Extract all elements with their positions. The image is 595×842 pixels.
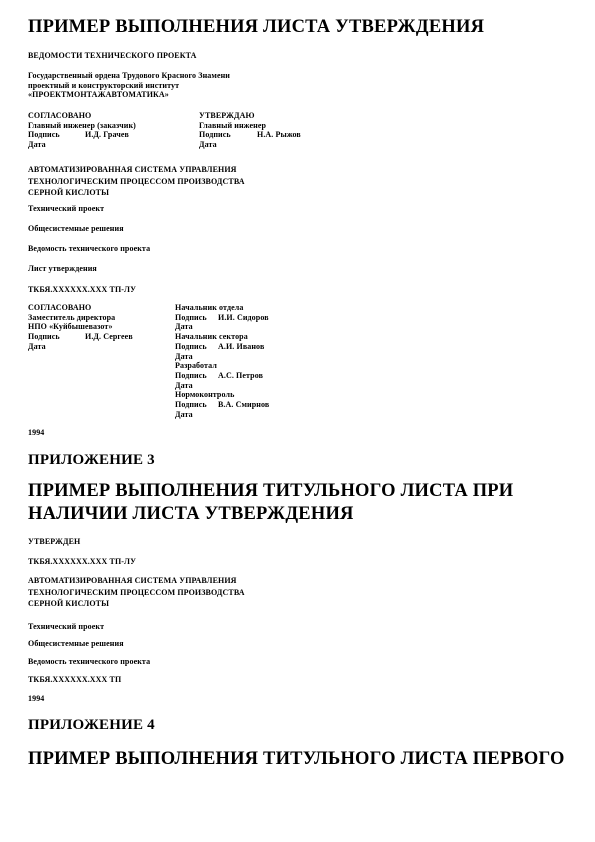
signature-label: Подпись	[175, 400, 218, 410]
year: 1994	[28, 428, 44, 438]
signer-role: Заместитель директора	[28, 313, 133, 323]
lu-designation: ТКБЯ.ХХХХХХ.ХХХ ТП-ЛУ	[28, 557, 136, 567]
document-name: Ведомость технического проекта	[28, 657, 150, 667]
signature-label: Подпись	[175, 342, 218, 352]
project-stage: Технический проект	[28, 204, 104, 214]
agreed-header: СОГЛАСОВАНО	[28, 111, 136, 121]
system-name-line: АВТОМАТИЗИРОВАННАЯ СИСТЕМА УПРАВЛЕНИЯ	[28, 164, 245, 176]
date-label: Дата	[175, 381, 269, 391]
date-label: Дата	[175, 410, 269, 420]
system-name-line: СЕРНОЙ КИСЛОТЫ	[28, 598, 245, 610]
signer-name: И.Д. Грачев	[85, 130, 129, 139]
signature-label: Подпись	[175, 313, 218, 323]
signer-role: Главный инженер (заказчик)	[28, 121, 136, 131]
system-name-line: ТЕХНОЛОГИЧЕСКИМ ПРОЦЕССОМ ПРОИЗВОДСТВА	[28, 176, 245, 188]
project-part: Общесистемные решения	[28, 224, 124, 234]
signer-role: Начальник отдела	[175, 303, 269, 313]
signer-role: Нормоконтроль	[175, 390, 269, 400]
year: 1994	[28, 694, 44, 704]
system-name-line: АВТОМАТИЗИРОВАННАЯ СИСТЕМА УПРАВЛЕНИЯ	[28, 575, 245, 587]
signature-label: Подпись	[175, 371, 218, 381]
system-name-block: АВТОМАТИЗИРОВАННАЯ СИСТЕМА УПРАВЛЕНИЯ ТЕ…	[28, 575, 245, 610]
approved-stamp: УТВЕРЖДЕН	[28, 537, 80, 547]
signature-row: ПодписьН.А. Рыжов	[199, 130, 301, 140]
appendix4-label: ПРИЛОЖЕНИЕ 4	[28, 716, 155, 734]
system-name-block: АВТОМАТИЗИРОВАННАЯ СИСТЕМА УПРАВЛЕНИЯ ТЕ…	[28, 164, 245, 199]
signer-role: Разработал	[175, 361, 269, 371]
system-name-line: СЕРНОЙ КИСЛОТЫ	[28, 187, 245, 199]
signer-role: Главный инженер	[199, 121, 301, 131]
date-label: Дата	[28, 140, 136, 150]
organization-line: Государственный ордена Трудового Красног…	[28, 71, 230, 81]
signature-row: ПодписьИ.И. Сидоров	[175, 313, 269, 323]
agreed-top-block: СОГЛАСОВАНО Главный инженер (заказчик) П…	[28, 111, 136, 150]
approved-header: УТВЕРЖДАЮ	[199, 111, 301, 121]
document-designation: ТКБЯ.ХХХХХХ.ХХХ ТП	[28, 675, 121, 685]
appendix3-label: ПРИЛОЖЕНИЕ 3	[28, 451, 155, 469]
lu-subtitle: ВЕДОМОСТИ ТЕХНИЧЕСКОГО ПРОЕКТА	[28, 51, 197, 61]
appendix3-title: ПРИМЕР ВЫПОЛНЕНИЯ ТИТУЛЬНОГО ЛИСТА ПРИ Н…	[28, 480, 538, 526]
signer-name: А.С. Петров	[218, 371, 263, 380]
agreed-header: СОГЛАСОВАНО	[28, 303, 133, 313]
approval-sheet-name: Лист утверждения	[28, 264, 97, 274]
signature-row: ПодписьИ.Д. Сергеев	[28, 332, 133, 342]
signer-name: И.Д. Сергеев	[85, 332, 133, 341]
signer-role: Начальник сектора	[175, 332, 269, 342]
date-label: Дата	[175, 352, 269, 362]
appendix4-title: ПРИМЕР ВЫПОЛНЕНИЯ ТИТУЛЬНОГО ЛИСТА ПЕРВО…	[28, 748, 588, 771]
signature-label: Подпись	[28, 130, 85, 140]
project-stage: Технический проект	[28, 622, 104, 632]
signer-name: А.И. Иванов	[218, 342, 264, 351]
signature-label: Подпись	[28, 332, 85, 342]
signer-role: НПО «Куйбышевазот»	[28, 322, 133, 332]
date-label: Дата	[28, 342, 133, 352]
organization-block: Государственный ордена Трудового Красног…	[28, 71, 230, 100]
signature-row: ПодписьВ.А. Смирнов	[175, 400, 269, 410]
signature-row: ПодписьА.И. Иванов	[175, 342, 269, 352]
approved-top-block: УТВЕРЖДАЮ Главный инженер ПодписьН.А. Ры…	[199, 111, 301, 150]
organization-line: проектный и конструкторский институт	[28, 81, 230, 91]
signer-name: В.А. Смирнов	[218, 400, 269, 409]
signature-row: ПодписьИ.Д. Грачев	[28, 130, 136, 140]
system-name-line: ТЕХНОЛОГИЧЕСКИМ ПРОЦЕССОМ ПРОИЗВОДСТВА	[28, 587, 245, 599]
date-label: Дата	[199, 140, 301, 150]
project-part: Общесистемные решения	[28, 639, 124, 649]
document-designation: ТКБЯ.ХХХХХХ.ХХХ ТП-ЛУ	[28, 285, 136, 295]
organization-line: «ПРОЕКТМОНТАЖАВТОМАТИКА»	[28, 90, 230, 100]
document-page: ПРИМЕР ВЫПОЛНЕНИЯ ЛИСТА УТВЕРЖДЕНИЯ ВЕДО…	[0, 0, 595, 842]
signer-name: Н.А. Рыжов	[257, 130, 301, 139]
date-label: Дата	[175, 322, 269, 332]
developers-block: Начальник отдела ПодписьИ.И. Сидоров Дат…	[175, 303, 269, 419]
document-name: Ведомость технического проекта	[28, 244, 150, 254]
signature-row: ПодписьА.С. Петров	[175, 371, 269, 381]
lu-example-title: ПРИМЕР ВЫПОЛНЕНИЯ ЛИСТА УТВЕРЖДЕНИЯ	[28, 16, 568, 39]
agreed-bottom-block: СОГЛАСОВАНО Заместитель директора НПО «К…	[28, 303, 133, 352]
signature-label: Подпись	[199, 130, 257, 140]
signer-name: И.И. Сидоров	[218, 313, 269, 322]
